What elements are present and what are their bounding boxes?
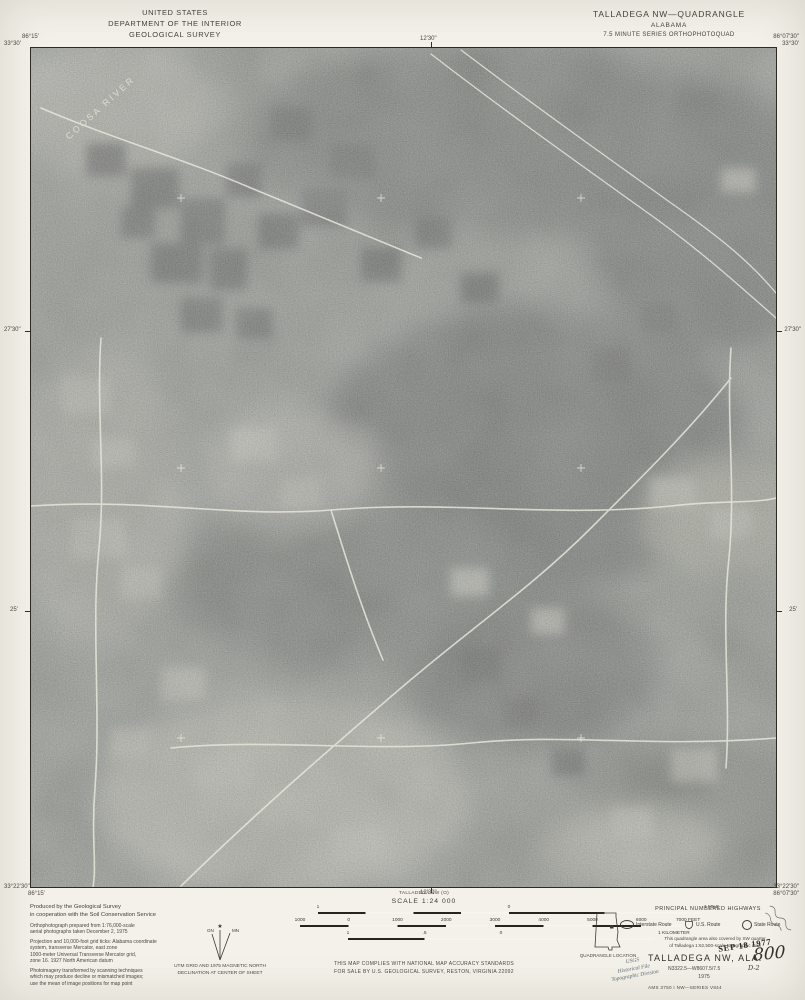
scale-bar-miles: 1 0 1 MILE [318, 912, 700, 914]
us-route-label: U.S. Route [696, 922, 720, 928]
mile-label-1: 1 [317, 905, 320, 910]
corner-br-lat: 33°22'30" [773, 884, 799, 891]
accuracy-statement: THIS MAP COMPLIES WITH NATIONAL MAP ACCU… [250, 960, 598, 976]
feet-label-1: 0 [347, 918, 350, 923]
quad-state: ALABAMA [538, 21, 800, 31]
tick-top [431, 42, 432, 47]
tick-label-left-lower: 25' [10, 607, 18, 614]
corner-tr-lon: 86°07'30" [773, 34, 799, 41]
grid-north-label: GN [207, 928, 214, 933]
corner-br-lon: 86°07'30" [773, 891, 799, 898]
quad-location-marker [610, 925, 614, 929]
map-sheet: UNITED STATES DEPARTMENT OF THE INTERIOR… [0, 0, 805, 1000]
credit-line-1: Produced by the Geological Survey [30, 904, 220, 912]
legend-us-route: U.S. Route [684, 916, 720, 926]
imagery-note-3: use the mean of image positions for map … [30, 981, 220, 988]
sheet-year: 1975 [668, 975, 740, 981]
tick-label-top-center: 12'30" [420, 36, 437, 43]
tick-label-right-upper: 27'30" [784, 327, 801, 334]
alabama-outline [595, 913, 620, 950]
corner-bl-lon: 86°15' [28, 891, 45, 898]
corner-tl-lon: 86°15' [22, 34, 39, 41]
quad-title: TALLADEGA NW—QUADRANGLE [538, 8, 800, 21]
tick-left-lower [25, 611, 30, 612]
tick-label-right-lower: 25' [789, 607, 797, 614]
km-label-0: 0 [500, 931, 503, 936]
credit-line-2: in cooperation with the Soil Conservatio… [30, 912, 220, 920]
true-north-star: ★ [217, 923, 222, 930]
photo-id: TALLADEGA NW (O) [324, 891, 524, 896]
interstate-label: Interstate Route [636, 922, 672, 928]
corner-bl-lat: 33°22'30" [4, 884, 30, 891]
sheet-series-reference: AMS 3750 I NW—SERIES V844 [648, 985, 722, 990]
state-route-icon [742, 920, 752, 930]
sheet-coordinates: N3322.5—W8607.5/7.5 [668, 967, 720, 973]
feet-label-0: 1000 [295, 918, 306, 923]
tick-label-left-upper: 27'30" [4, 327, 21, 334]
corner-tl-lat: 33°30' [4, 41, 21, 48]
feet-label-3: 2000 [441, 918, 452, 923]
aerial-photo-frame: COOSA RIVER [30, 47, 777, 888]
scale-label: SCALE 1:24 000 [324, 898, 524, 905]
agency-line-3: GEOLOGICAL SURVEY [55, 30, 295, 41]
us-route-shield-icon [684, 920, 694, 930]
agency-line-1: UNITED STATES [55, 8, 295, 19]
handwritten-code: D-2 [748, 965, 760, 972]
km-label-1: 1 [347, 931, 350, 936]
tick-right-lower [777, 611, 782, 612]
aerial-photo: COOSA RIVER [31, 48, 776, 887]
feet-label-4: 3000 [490, 918, 501, 923]
feet-label-2: 1000 [392, 918, 403, 923]
photo-grain [31, 48, 776, 887]
mile-label-0: 0 [508, 905, 511, 910]
accuracy-line-2: FOR SALE BY U.S. GEOLOGICAL SURVEY, REST… [250, 968, 598, 976]
corner-tr-lat: 33°30' [782, 41, 799, 48]
agency-line-2: DEPARTMENT OF THE INTERIOR [55, 19, 295, 30]
declination-diagram: ★ GN MN [192, 922, 248, 967]
accuracy-line-1: THIS MAP COMPLIES WITH NATIONAL MAP ACCU… [250, 960, 598, 968]
km-label-05: .5 [422, 931, 426, 936]
agency-block: UNITED STATES DEPARTMENT OF THE INTERIOR… [55, 8, 295, 41]
magnetic-north-label: MN [232, 928, 239, 933]
tick-left-upper [25, 331, 30, 332]
state-outline [583, 910, 631, 957]
sheet-title: TALLADEGA NW, ALA. [648, 954, 762, 964]
quad-title-block: TALLADEGA NW—QUADRANGLE ALABAMA 7.5 MINU… [538, 8, 800, 40]
handwritten-number: 800 [753, 943, 785, 965]
quad-series: 7.5 MINUTE SERIES ORTHOPHOTOQUAD [538, 31, 800, 40]
feet-label-5: 4000 [538, 918, 549, 923]
tick-right-upper [777, 331, 782, 332]
